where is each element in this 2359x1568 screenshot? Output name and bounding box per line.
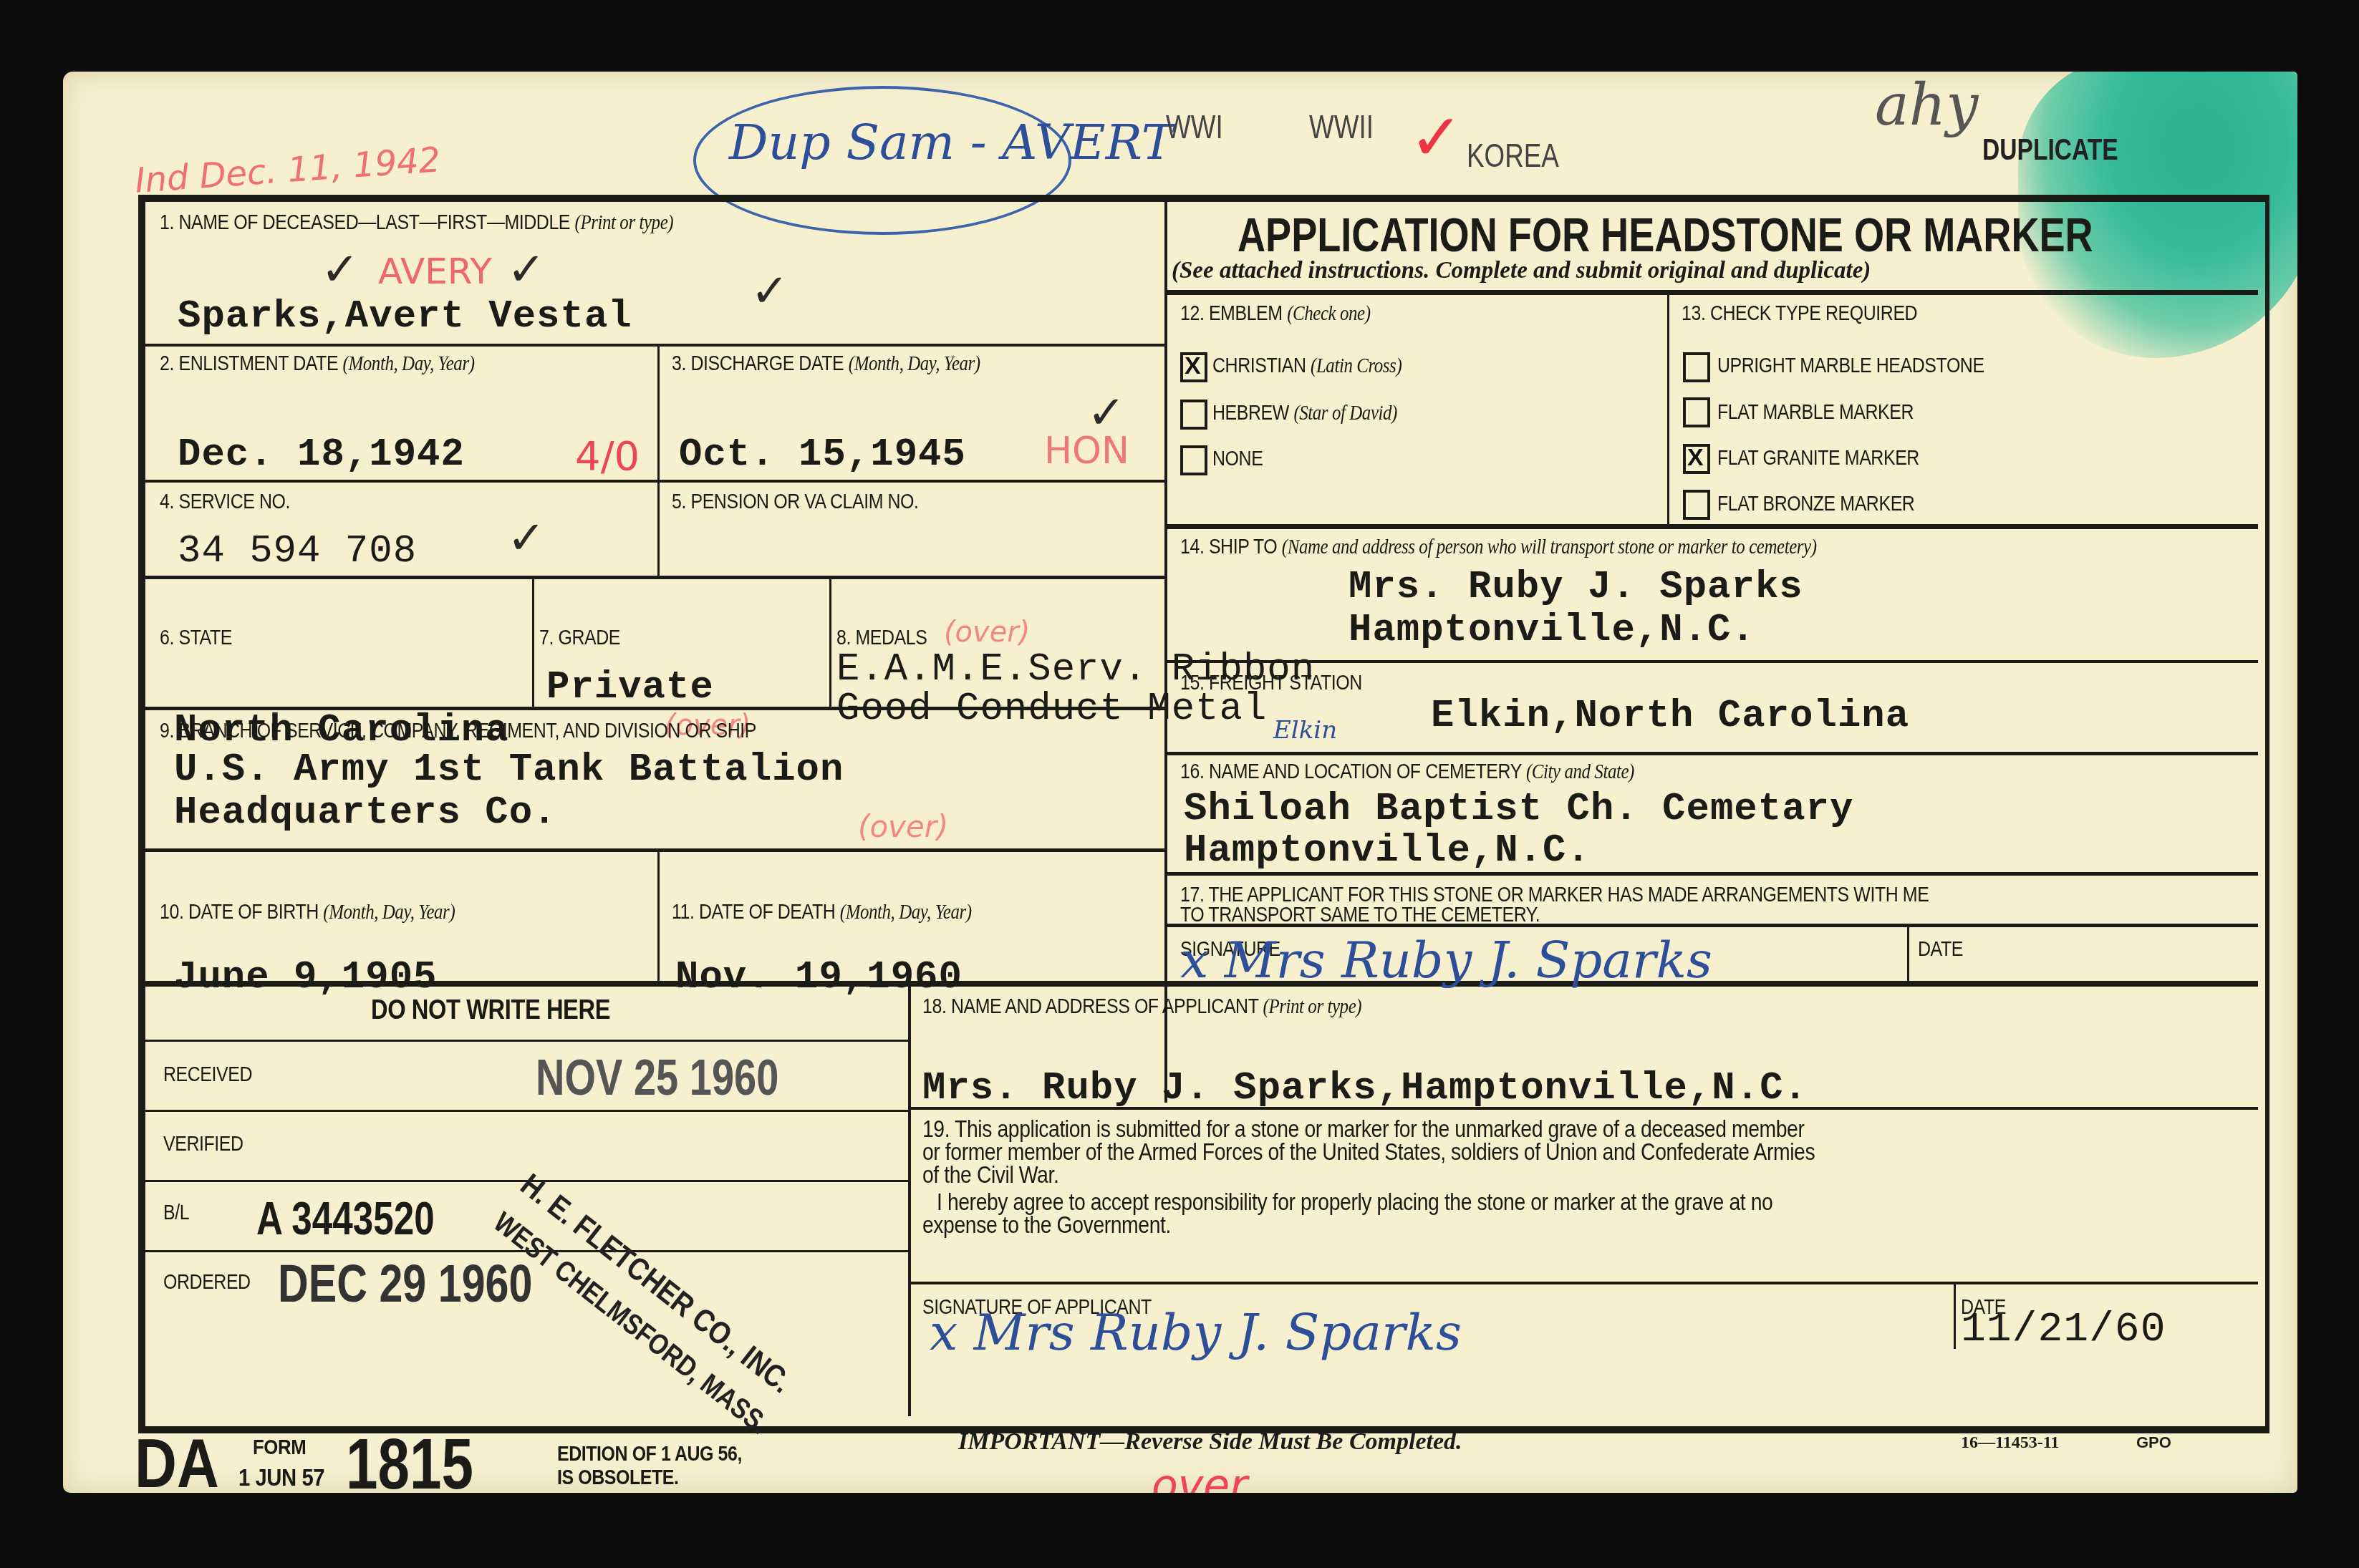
emblem-hebrew-label: HEBREW (Star of David)	[1212, 402, 1397, 425]
branch-line-1[interactable]: U.S. Army 1st Tank Battalion	[174, 748, 844, 792]
form-subtitle: (See attached instructions. Complete and…	[1172, 258, 1871, 284]
death-date-value[interactable]: Nov. 19,1960	[675, 956, 963, 1000]
field-8-label: 8. MEDALS	[836, 626, 927, 650]
field-5-label: 5. PENSION OR VA CLAIM NO.	[672, 490, 919, 514]
footer-form-word: FORM	[253, 1436, 306, 1460]
red-checkmark-icon: ✓	[1409, 100, 1463, 175]
type-flat-granite-checkbox[interactable]	[1683, 444, 1710, 474]
field-10-label: 10. DATE OF BIRTH (Month, Day, Year)	[160, 901, 455, 924]
field-17-label-2: TO TRANSPORT SAME TO THE CEMETERY.	[1180, 904, 1540, 927]
statement-line-5: expense to the Government.	[922, 1211, 1171, 1239]
discharge-date-value[interactable]: Oct. 15,1945	[679, 433, 966, 477]
ship-to-line-2[interactable]: Hamptonville,N.C.	[1349, 609, 1755, 652]
statement-line-3: of the Civil War.	[922, 1161, 1058, 1189]
type-flat-marble-label: FLAT MARBLE MARKER	[1717, 401, 1914, 425]
form-paper: Ind Dec. 11, 1942 Dup Sam - AVERT WWI WW…	[63, 72, 2297, 1493]
footer-da: DA	[135, 1425, 219, 1493]
annotation-dup-sam: Dup Sam - AVERT	[729, 115, 1174, 171]
received-stamp: NOV 25 1960	[536, 1049, 778, 1106]
footer-form-number: 1815	[346, 1423, 473, 1493]
applicant-date-value[interactable]: 11/21/60	[1961, 1307, 2166, 1353]
cemetery-line-2[interactable]: Hamptonville,N.C.	[1184, 829, 1591, 873]
applicant-name-address[interactable]: Mrs. Ruby J. Sparks,Hamptonville,N.C.	[922, 1067, 1808, 1110]
ordered-stamp: DEC 29 1960	[278, 1253, 532, 1314]
birth-date-value[interactable]: June 9,1905	[174, 956, 437, 1000]
field-13-label: 13. CHECK TYPE REQUIRED	[1682, 302, 1917, 326]
bl-number: A 3443520	[256, 1192, 435, 1245]
applicant-signature[interactable]: x Mrs Ruby J. Sparks	[930, 1303, 1462, 1362]
checkmark-icon: ✓	[1087, 387, 1126, 440]
name-correction-avery: AVERY	[378, 251, 492, 292]
field-4-label: 4. SERVICE NO.	[160, 490, 290, 514]
war-korea: KOREA	[1467, 136, 1559, 175]
verified-label: VERIFIED	[163, 1133, 243, 1156]
footer-form-date: 1 JUN 57	[238, 1464, 324, 1492]
duplicate-stamp: DUPLICATE	[1982, 132, 2118, 167]
deceased-name-value[interactable]: Sparks,Avert Vestal	[178, 295, 632, 339]
over-note: over	[1152, 1461, 1248, 1493]
enlist-annotation: 4/0	[575, 433, 640, 480]
transporter-signature[interactable]: x Mrs Ruby J. Sparks	[1180, 931, 1712, 989]
freight-handwritten: Elkin	[1273, 716, 1337, 745]
pencil-annotation: ahy	[1875, 72, 1978, 138]
service-number-value[interactable]: 34 594 708	[178, 530, 417, 574]
ship-to-line-1[interactable]: Mrs. Ruby J. Sparks	[1349, 566, 1803, 609]
enlistment-date-value[interactable]: Dec. 18,1942	[178, 433, 465, 477]
field-15-label: 15. FREIGHT STATION	[1180, 672, 1362, 695]
bl-label: B/L	[163, 1201, 189, 1225]
emblem-christian-checkbox[interactable]	[1180, 352, 1207, 382]
field-7-label: 7. GRADE	[539, 626, 620, 650]
field-16-label: 16. NAME AND LOCATION OF CEMETERY (City …	[1180, 760, 1634, 784]
ordered-label: ORDERED	[163, 1271, 251, 1294]
checkmark-icon: ✓	[321, 243, 360, 296]
type-upright-marble-label: UPRIGHT MARBLE HEADSTONE	[1717, 354, 1984, 378]
field-1-label: 1. NAME OF DECEASED—LAST—FIRST—MIDDLE (P…	[160, 211, 673, 235]
freight-station-value[interactable]: Elkin,North Carolina	[1431, 695, 1909, 738]
transporter-date-label: DATE	[1918, 938, 1963, 962]
type-upright-marble-checkbox[interactable]	[1683, 352, 1710, 382]
war-wwi: WWI	[1166, 107, 1223, 146]
received-label: RECEIVED	[163, 1063, 252, 1087]
over-note: (over)	[858, 809, 948, 844]
footer-important: IMPORTANT—Reverse Side Must Be Completed…	[958, 1428, 1462, 1456]
do-not-write-here: DO NOT WRITE HERE	[371, 995, 610, 1026]
field-9-label: 9. BRANCH OF SERVICE, COMPANY, REGIMENT,…	[160, 720, 756, 743]
over-note: (over)	[944, 616, 1030, 649]
type-flat-marble-checkbox[interactable]	[1683, 397, 1710, 427]
form-title: APPLICATION FOR HEADSTONE OR MARKER	[1238, 208, 2093, 262]
field-11-label: 11. DATE OF DEATH (Month, Day, Year)	[672, 901, 972, 924]
war-wwii: WWII	[1309, 107, 1374, 146]
checkmark-icon: ✓	[507, 243, 546, 296]
footer-edition-1: EDITION OF 1 AUG 56,	[557, 1443, 742, 1466]
type-flat-bronze-label: FLAT BRONZE MARKER	[1717, 493, 1914, 516]
footer-edition-2: IS OBSOLETE.	[557, 1466, 678, 1490]
annotation-indicted-date: Ind Dec. 11, 1942	[134, 140, 442, 201]
type-flat-granite-label: FLAT GRANITE MARKER	[1717, 447, 1919, 470]
grade-value[interactable]: Private	[546, 666, 714, 710]
field-2-label: 2. ENLISTMENT DATE (Month, Day, Year)	[160, 352, 475, 376]
emblem-hebrew-checkbox[interactable]	[1180, 400, 1207, 430]
checkmark-icon: ✓	[751, 265, 789, 318]
branch-line-2[interactable]: Headquarters Co.	[174, 791, 556, 835]
emblem-christian-label: CHRISTIAN (Latin Cross)	[1212, 354, 1402, 378]
checkmark-icon: ✓	[507, 512, 546, 565]
emblem-none-checkbox[interactable]	[1180, 445, 1207, 475]
field-18-label: 18. NAME AND ADDRESS OF APPLICANT (Print…	[922, 995, 1361, 1019]
field-6-label: 6. STATE	[160, 626, 232, 650]
footer-gpo: GPO	[2136, 1433, 2171, 1452]
cemetery-line-1[interactable]: Shiloah Baptist Ch. Cemetary	[1184, 788, 1853, 831]
type-flat-bronze-checkbox[interactable]	[1683, 490, 1710, 520]
footer-gpo-code: 16—11453-11	[1961, 1433, 2059, 1453]
field-14-label: 14. SHIP TO (Name and address of person …	[1180, 536, 1817, 559]
emblem-none-label: NONE	[1212, 447, 1263, 471]
field-12-label: 12. EMBLEM (Check one)	[1180, 302, 1371, 326]
field-3-label: 3. DISCHARGE DATE (Month, Day, Year)	[672, 352, 980, 376]
